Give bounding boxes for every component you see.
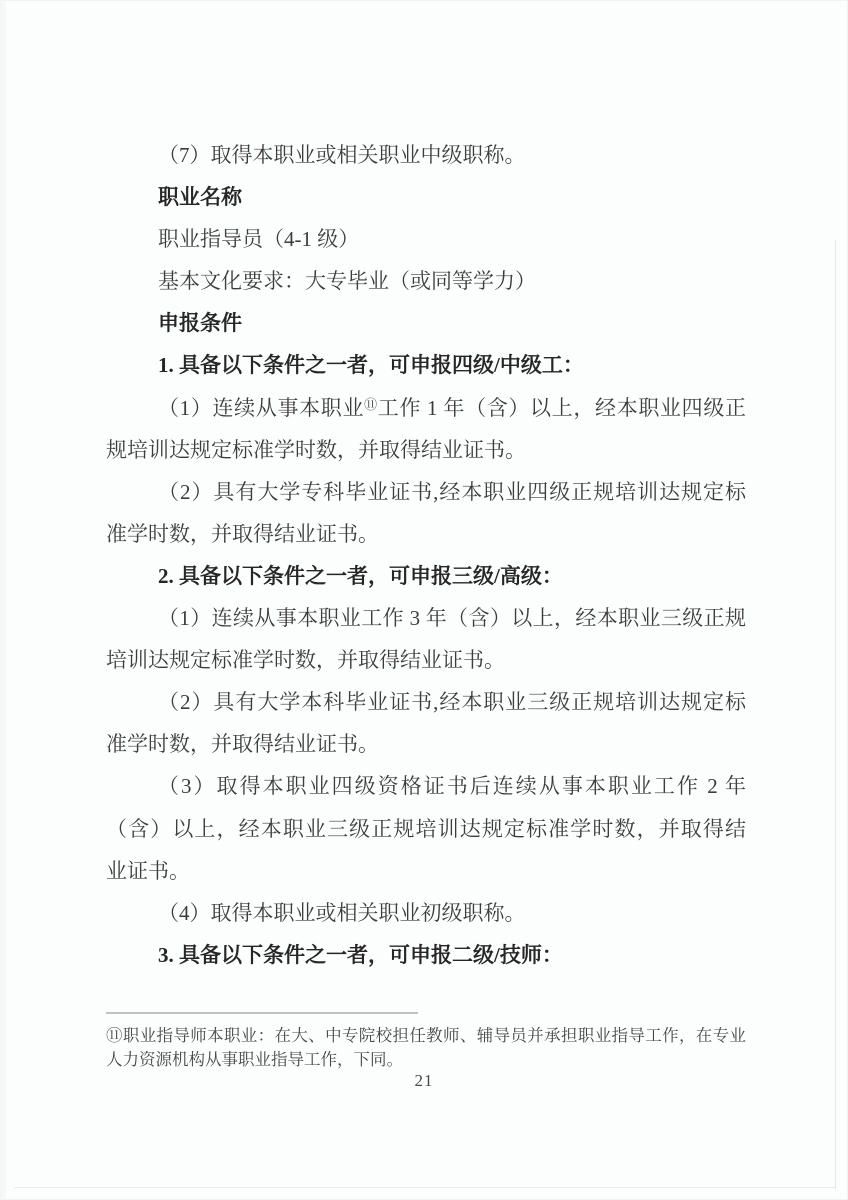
footnote-ref-superscript: ⑪: [364, 397, 378, 412]
footnote: ⑪职业指导师本职业：在大、中专院校担任教师、辅导员并承担职业指导工作，在专业 人…: [106, 1024, 746, 1071]
text-line: （1）连续从事本职业⑪工作 1 年（含）以上，经本职业四级正: [106, 387, 746, 429]
text-line: 业证书。: [106, 850, 746, 892]
document-body: （7）取得本职业或相关职业中级职称。职业名称职业指导员（4-1 级）基本文化要求…: [106, 134, 746, 976]
text-line: （7）取得本职业或相关职业中级职称。: [106, 134, 746, 176]
scan-edge-bottom: [14, 1187, 836, 1188]
footnote-line: 人力资源机构从事职业指导工作，下同。: [106, 1048, 746, 1072]
text-line: （2）具有大学本科毕业证书,经本职业三级正规培训达规定标: [106, 681, 746, 723]
text-line: 申报条件: [106, 302, 746, 344]
text-line: 准学时数，并取得结业证书。: [106, 513, 746, 555]
text-line: 基本文化要求：大专毕业（或同等学力）: [106, 260, 746, 302]
text-line: （含）以上，经本职业三级正规培训达规定标准学时数，并取得结: [106, 808, 746, 850]
page-number: 21: [0, 1071, 848, 1091]
text-line: 培训达规定标准学时数，并取得结业证书。: [106, 639, 746, 681]
text-line: （4）取得本职业或相关职业初级职称。: [106, 892, 746, 934]
text-line: （1）连续从事本职业工作 3 年（含）以上，经本职业三级正规: [106, 597, 746, 639]
text-line: 3. 具备以下条件之一者，可申报二级/技师：: [106, 934, 746, 976]
document-page: （7）取得本职业或相关职业中级职称。职业名称职业指导员（4-1 级）基本文化要求…: [0, 0, 848, 1200]
scan-edge-left: [0, 0, 6, 1200]
text-line: 职业指导员（4-1 级）: [106, 218, 746, 260]
text-line: 规培训达规定标准学时数，并取得结业证书。: [106, 429, 746, 471]
text-line: （2）具有大学专科毕业证书,经本职业四级正规培训达规定标: [106, 471, 746, 513]
text-line: （3）取得本职业四级资格证书后连续从事本职业工作 2 年: [106, 765, 746, 807]
text-line: 2. 具备以下条件之一者，可申报三级/高级：: [106, 555, 746, 597]
text-line: 职业名称: [106, 176, 746, 218]
text-line: 1. 具备以下条件之一者，可申报四级/中级工：: [106, 344, 746, 386]
footnote-separator: [106, 1012, 418, 1014]
footnote-line: ⑪职业指导师本职业：在大、中专院校担任教师、辅导员并承担职业指导工作，在专业: [106, 1024, 746, 1048]
text-line: 准学时数，并取得结业证书。: [106, 723, 746, 765]
scan-edge-right: [835, 240, 836, 1189]
